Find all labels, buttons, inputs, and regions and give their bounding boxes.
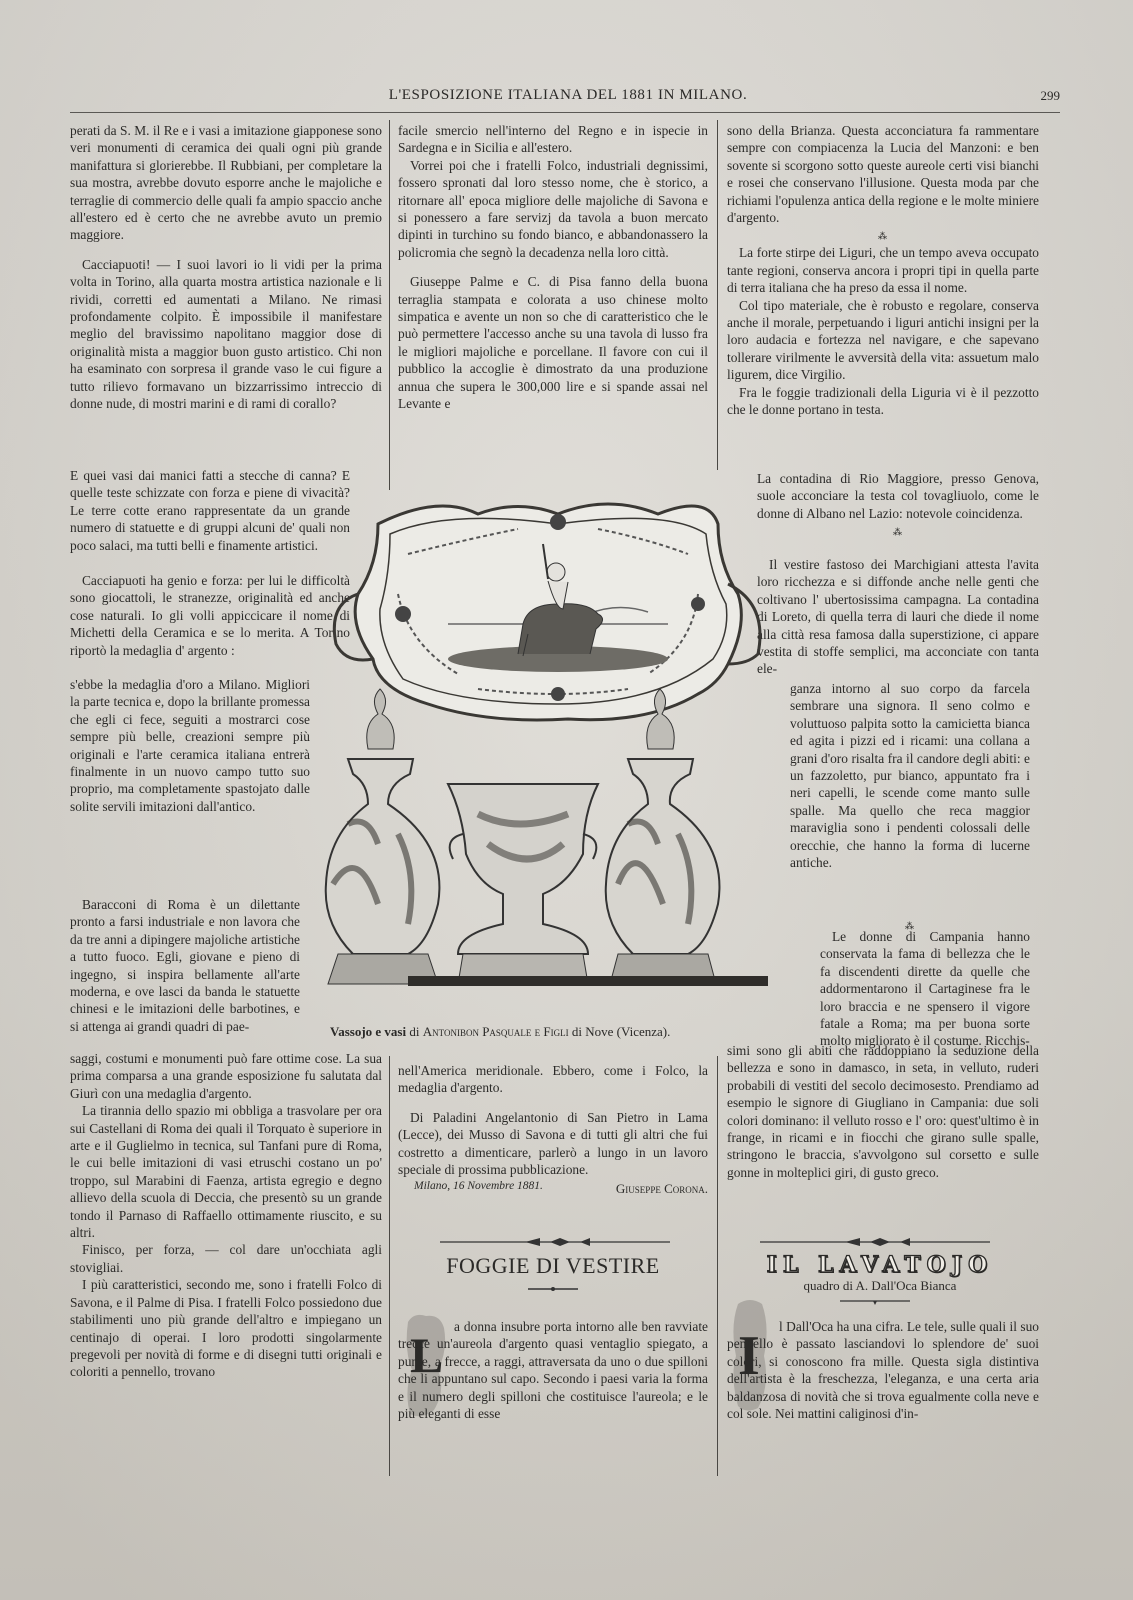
figure-caption: Vassojo e vasi di Antonibon Pasquale e F… [330, 1024, 770, 1040]
section-title-foggie: FOGGIE DI VESTIRE [398, 1253, 708, 1279]
column-1-narrow: s'ebbe la medaglia d'oro a Milano. Migli… [70, 676, 310, 815]
paragraph: Giuseppe Palme e C. di Pisa fanno della … [398, 273, 708, 412]
paragraph: Fra le foggie tradizionali della Liguria… [727, 384, 1039, 419]
paragraph: Il vestire fastoso dei Marchigiani attes… [757, 556, 1039, 678]
column-rule-3 [389, 1056, 390, 1476]
column-3-rio: La contadina di Rio Maggiore, presso Gen… [757, 470, 1039, 540]
column-3-marche: Il vestire fastoso dei Marchigiani attes… [757, 556, 1039, 678]
paragraph: La tirannia dello spazio mi obbliga a tr… [70, 1102, 382, 1241]
title-ornament [528, 1285, 578, 1295]
column-3-top: sono della Brianza. Questa acconciatura … [727, 122, 1039, 419]
column-1-e-quei: E quei vasi dai manici fatti a stecche d… [70, 467, 350, 554]
center-urn [448, 784, 598, 984]
header-title: L'ESPOSIZIONE ITALIANA DEL 1881 IN MILAN… [68, 87, 1068, 104]
column-2-top: facile smercio nell'interno del Regno e … [398, 122, 708, 413]
caption-place: di Nove (Vicenza). [572, 1024, 670, 1039]
column-rule-1 [389, 120, 390, 490]
header-rule [70, 112, 1060, 113]
caption-maker: Antonibon Pasquale e Figli [423, 1024, 569, 1039]
lavatojo-intro: l Dall'Oca ha una cifra. Le tele, sulle … [727, 1318, 1039, 1422]
paragraph: simi sono gli abiti che raddoppiano la s… [727, 1042, 1039, 1181]
column-1-bottom: saggi, costumi e monumenti può fare otti… [70, 1050, 382, 1381]
paragraph: Finisco, per forza, — col dare un'occhia… [70, 1241, 382, 1276]
asterism: ⁂ [757, 528, 1039, 537]
paragraph: La forte stirpe dei Liguri, che un tempo… [727, 244, 1039, 296]
paragraph: perati da S. M. il Re e i vasi a imitazi… [70, 122, 382, 244]
lavatojo-subtitle: quadro di A. Dall'Oca Bianca [735, 1278, 1025, 1294]
paragraph: Di Paladini Angelantonio di San Pietro i… [398, 1109, 708, 1179]
paragraph: nell'America meridionale. Ebbero, come i… [398, 1062, 708, 1097]
paragraph: E quei vasi dai manici fatti a stecche d… [70, 467, 350, 554]
ceramics-illustration [318, 484, 786, 1004]
paragraph: Cacciapuoti ha genio e forza: per lui le… [70, 572, 350, 659]
paragraph: I più caratteristici, secondo me, sono i… [70, 1276, 382, 1380]
column-3-narrow: ganza intorno al suo corpo da farcela se… [790, 680, 1030, 871]
page-number: 299 [1041, 88, 1061, 104]
paragraph: La contadina di Rio Maggiore, presso Gen… [757, 470, 1039, 522]
caption-di: di [409, 1024, 419, 1039]
foggie-intro: a donna insubre porta intorno alle ben r… [398, 1318, 708, 1422]
paragraph: Col tipo materiale, che è robusto e rego… [727, 297, 1039, 384]
ornamental-rule [440, 1237, 670, 1247]
tray-and-vases-engraving [318, 484, 786, 1004]
column-1-baracconi: Baracconi di Roma è un dilettante pronto… [70, 896, 300, 1035]
section-title-lavatojo: IL LAVATOJO [735, 1252, 1025, 1278]
paragraph: Baracconi di Roma è un dilettante pronto… [70, 896, 300, 1035]
ornamental-rule [760, 1237, 990, 1247]
paragraph: Cacciapuoti! — I suoi lavori io li vidi … [70, 256, 382, 413]
column-3-campania: Le donne di Campania hanno conservata la… [820, 928, 1030, 1050]
paragraph: ganza intorno al suo corpo da farcela se… [790, 680, 1030, 871]
paragraph: saggi, costumi e monumenti può fare otti… [70, 1050, 382, 1102]
column-1-cacciapuoti: Cacciapuoti ha genio e forza: per lui le… [70, 572, 350, 659]
paragraph: Vorrei poi che i fratelli Folco, industr… [398, 157, 708, 261]
column-2-bottom: nell'America meridionale. Ebbero, come i… [398, 1062, 708, 1197]
paragraph: facile smercio nell'interno del Regno e … [398, 122, 708, 157]
caption-lead: Vassojo e vasi [330, 1024, 406, 1039]
column-rule-2 [717, 120, 718, 470]
right-covered-vase [606, 689, 720, 984]
column-3-bottom: simi sono gli abiti che raddoppiano la s… [727, 1042, 1039, 1181]
paragraph: a donna insubre porta intorno alle ben r… [398, 1318, 708, 1422]
paragraph: sono della Brianza. Questa acconciatura … [727, 122, 1039, 226]
paragraph: s'ebbe la medaglia d'oro a Milano. Migli… [70, 676, 310, 815]
subtitle-ornament [840, 1298, 910, 1308]
asterism: ⁂ [727, 232, 1039, 241]
paragraph: l Dall'Oca ha una cifra. Le tele, sulle … [727, 1318, 1039, 1422]
column-1-top: perati da S. M. il Re e i vasi a imitazi… [70, 122, 382, 413]
paragraph: Le donne di Campania hanno conservata la… [820, 928, 1030, 1050]
running-header: L'ESPOSIZIONE ITALIANA DEL 1881 IN MILAN… [68, 86, 1068, 106]
left-covered-vase [326, 689, 440, 984]
column-rule-4 [717, 1056, 718, 1476]
